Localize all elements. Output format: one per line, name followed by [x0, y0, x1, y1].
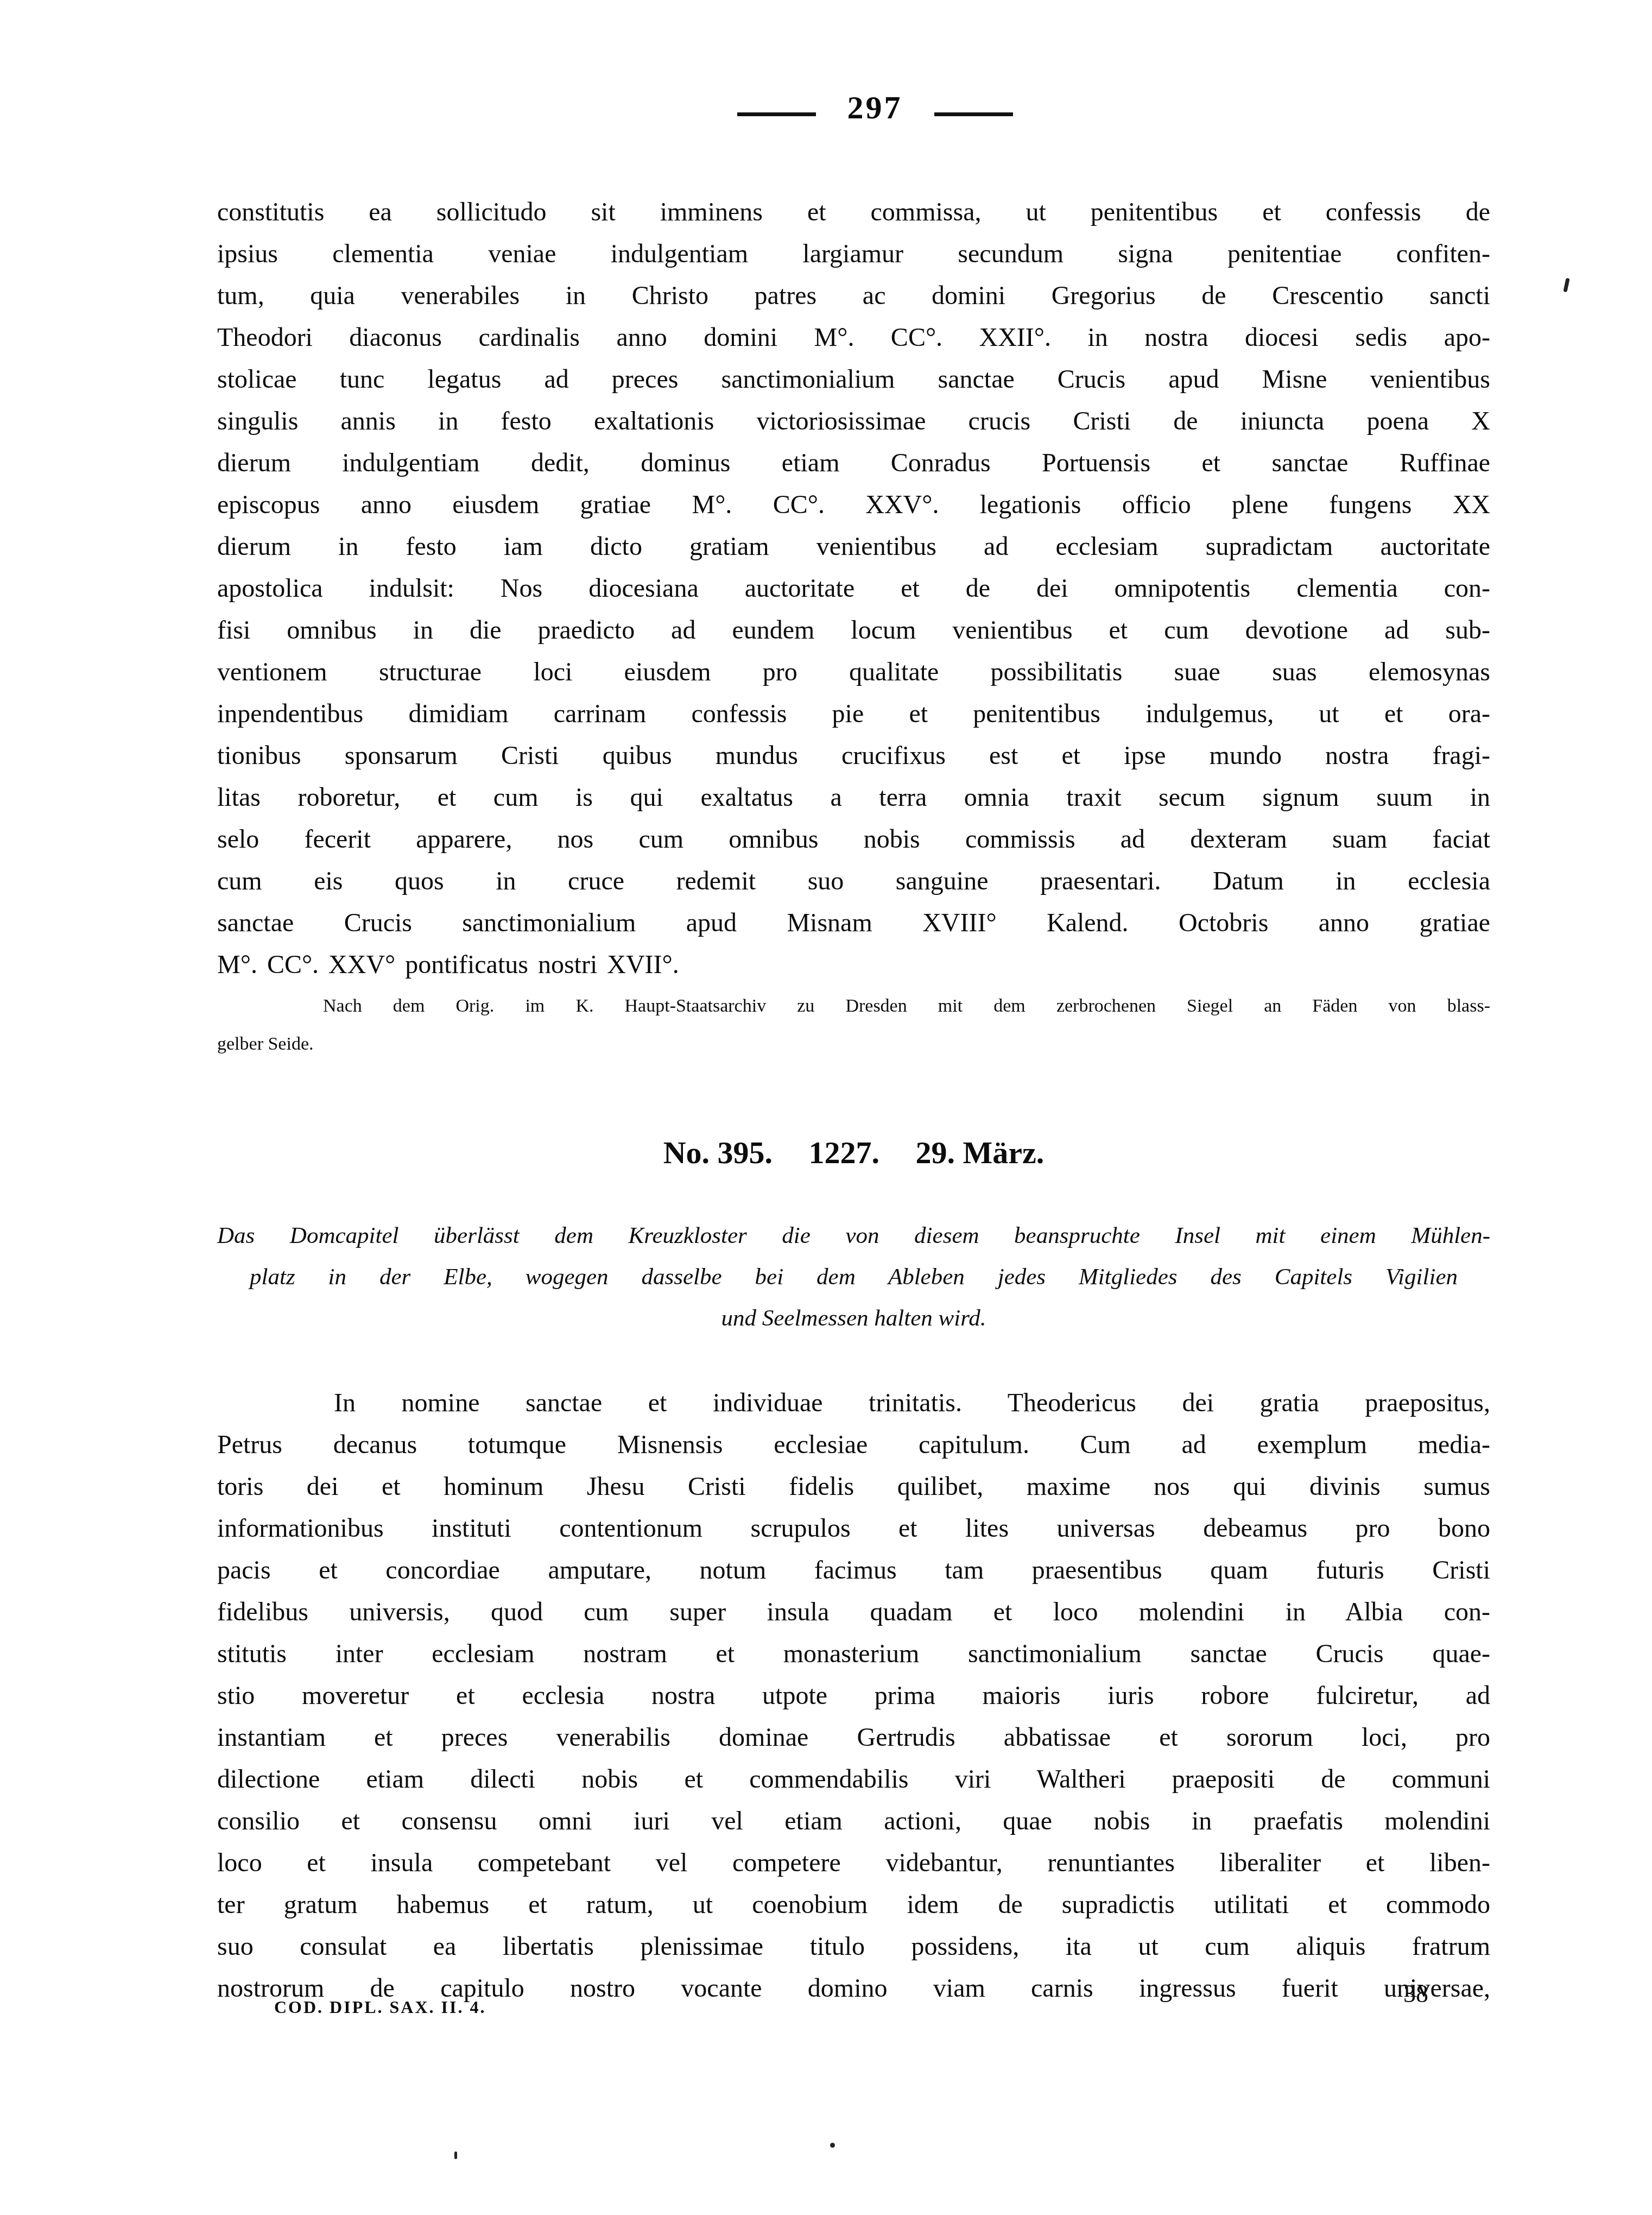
text-line: tum, quia venerabiles in Christo patres … [217, 275, 1490, 317]
text-line: loco et insula competebant vel competere… [217, 1842, 1490, 1884]
text-line: dilectione etiam dilecti nobis et commen… [217, 1758, 1490, 1800]
text-line: constitutis ea sollicitudo sit imminens … [217, 191, 1490, 233]
text-line: inpendentibus dimidiam carrinam confessi… [217, 693, 1490, 735]
entry-summary: Das Domcapitel überlässt dem Kreuzkloste… [217, 1215, 1490, 1339]
text-line: ipsius clementia veniae indulgentiam lar… [217, 233, 1490, 275]
page-header: 297 [49, 91, 1652, 124]
text-line: sanctae Crucis sanctimonialium apud Misn… [217, 902, 1490, 944]
entry-date: 29. März. [916, 1135, 1045, 1170]
latin-paragraph-1: constitutis ea sollicitudo sit imminens … [217, 191, 1490, 986]
text-line: ter gratum habemus et ratum, ut coenobiu… [217, 1884, 1490, 1926]
text-line: pacis et concordiae amputare, notum faci… [217, 1549, 1490, 1591]
text-line: informationibus instituti contentionum s… [217, 1507, 1490, 1549]
footer-series-label: COD. DIPL. SAX. II. 4. [274, 1997, 486, 2017]
text-line: In nomine sanctae et individuae trinitat… [217, 1382, 1490, 1424]
text-line: Petrus decanus totumque Misnensis eccles… [217, 1424, 1490, 1466]
text-line: apostolica indulsit: Nos diocesiana auct… [217, 567, 1490, 609]
text-line: M°. CC°. XXV° pontificatus nostri XVII°. [217, 944, 1490, 986]
summary-line: und Seelmessen halten wird. [217, 1298, 1490, 1339]
text-line: stio moveretur et ecclesia nostra utpote… [217, 1675, 1490, 1717]
latin-paragraph-2: In nomine sanctae et individuae trinitat… [217, 1382, 1490, 2009]
text-line: episcopus anno eiusdem gratiae M°. CC°. … [217, 484, 1490, 526]
header-rule-left [737, 112, 816, 116]
text-line: selo fecerit apparere, nos cum omnibus n… [217, 818, 1490, 860]
text-line: toris dei et hominum Jhesu Cristi fideli… [217, 1466, 1490, 1507]
text-line: consilio et consensu omni iuri vel etiam… [217, 1800, 1490, 1842]
text-line: tionibus sponsarum Cristi quibus mundus … [217, 735, 1490, 777]
text-line: dierum in festo iam dicto gratiam venien… [217, 526, 1490, 567]
summary-line: Das Domcapitel überlässt dem Kreuzkloste… [217, 1215, 1490, 1257]
source-note-line: Nach dem Orig. im K. Haupt-Staatsarchiv … [217, 987, 1490, 1025]
entry-number: No. 395. [663, 1135, 773, 1170]
text-line: cum eis quos in cruce redemit suo sangui… [217, 860, 1490, 902]
text-line: fisi omnibus in die praedicto ad eundem … [217, 609, 1490, 651]
text-line: suo consulat ea libertatis plenissimae t… [217, 1926, 1490, 1967]
scanned-book-page: 297 constitutis ea sollicitudo sit immin… [0, 0, 1652, 2215]
footer-signature-number: 38 [1403, 1979, 1428, 2008]
scan-speck [830, 2143, 835, 2148]
summary-line: platz in der Elbe, wogegen dasselbe bei … [217, 1257, 1490, 1298]
header-rule-right [934, 112, 1013, 116]
text-line: fidelibus universis, quod cum super insu… [217, 1591, 1490, 1633]
text-line: dierum indulgentiam dedit, dominus etiam… [217, 442, 1490, 484]
text-line: Theodori diaconus cardinalis anno domini… [217, 317, 1490, 358]
text-line: singulis annis in festo exaltationis vic… [217, 400, 1490, 442]
scan-speck [1563, 278, 1569, 293]
text-line: stitutis inter ecclesiam nostram et mona… [217, 1633, 1490, 1675]
entry-year: 1227. [809, 1135, 880, 1170]
source-note: Nach dem Orig. im K. Haupt-Staatsarchiv … [217, 987, 1490, 1063]
text-line: stolicae tunc legatus ad preces sanctimo… [217, 358, 1490, 400]
text-line: litas roboretur, et cum is qui exaltatus… [217, 777, 1490, 818]
entry-heading: No. 395. 1227. 29. März. [217, 1134, 1490, 1172]
text-line: ventionem structurae loci eiusdem pro qu… [217, 651, 1490, 693]
text-line: instantiam et preces venerabilis dominae… [217, 1717, 1490, 1758]
source-note-line: gelber Seide. [217, 1025, 1490, 1063]
scan-speck [454, 2151, 457, 2159]
page-number: 297 [816, 91, 934, 124]
